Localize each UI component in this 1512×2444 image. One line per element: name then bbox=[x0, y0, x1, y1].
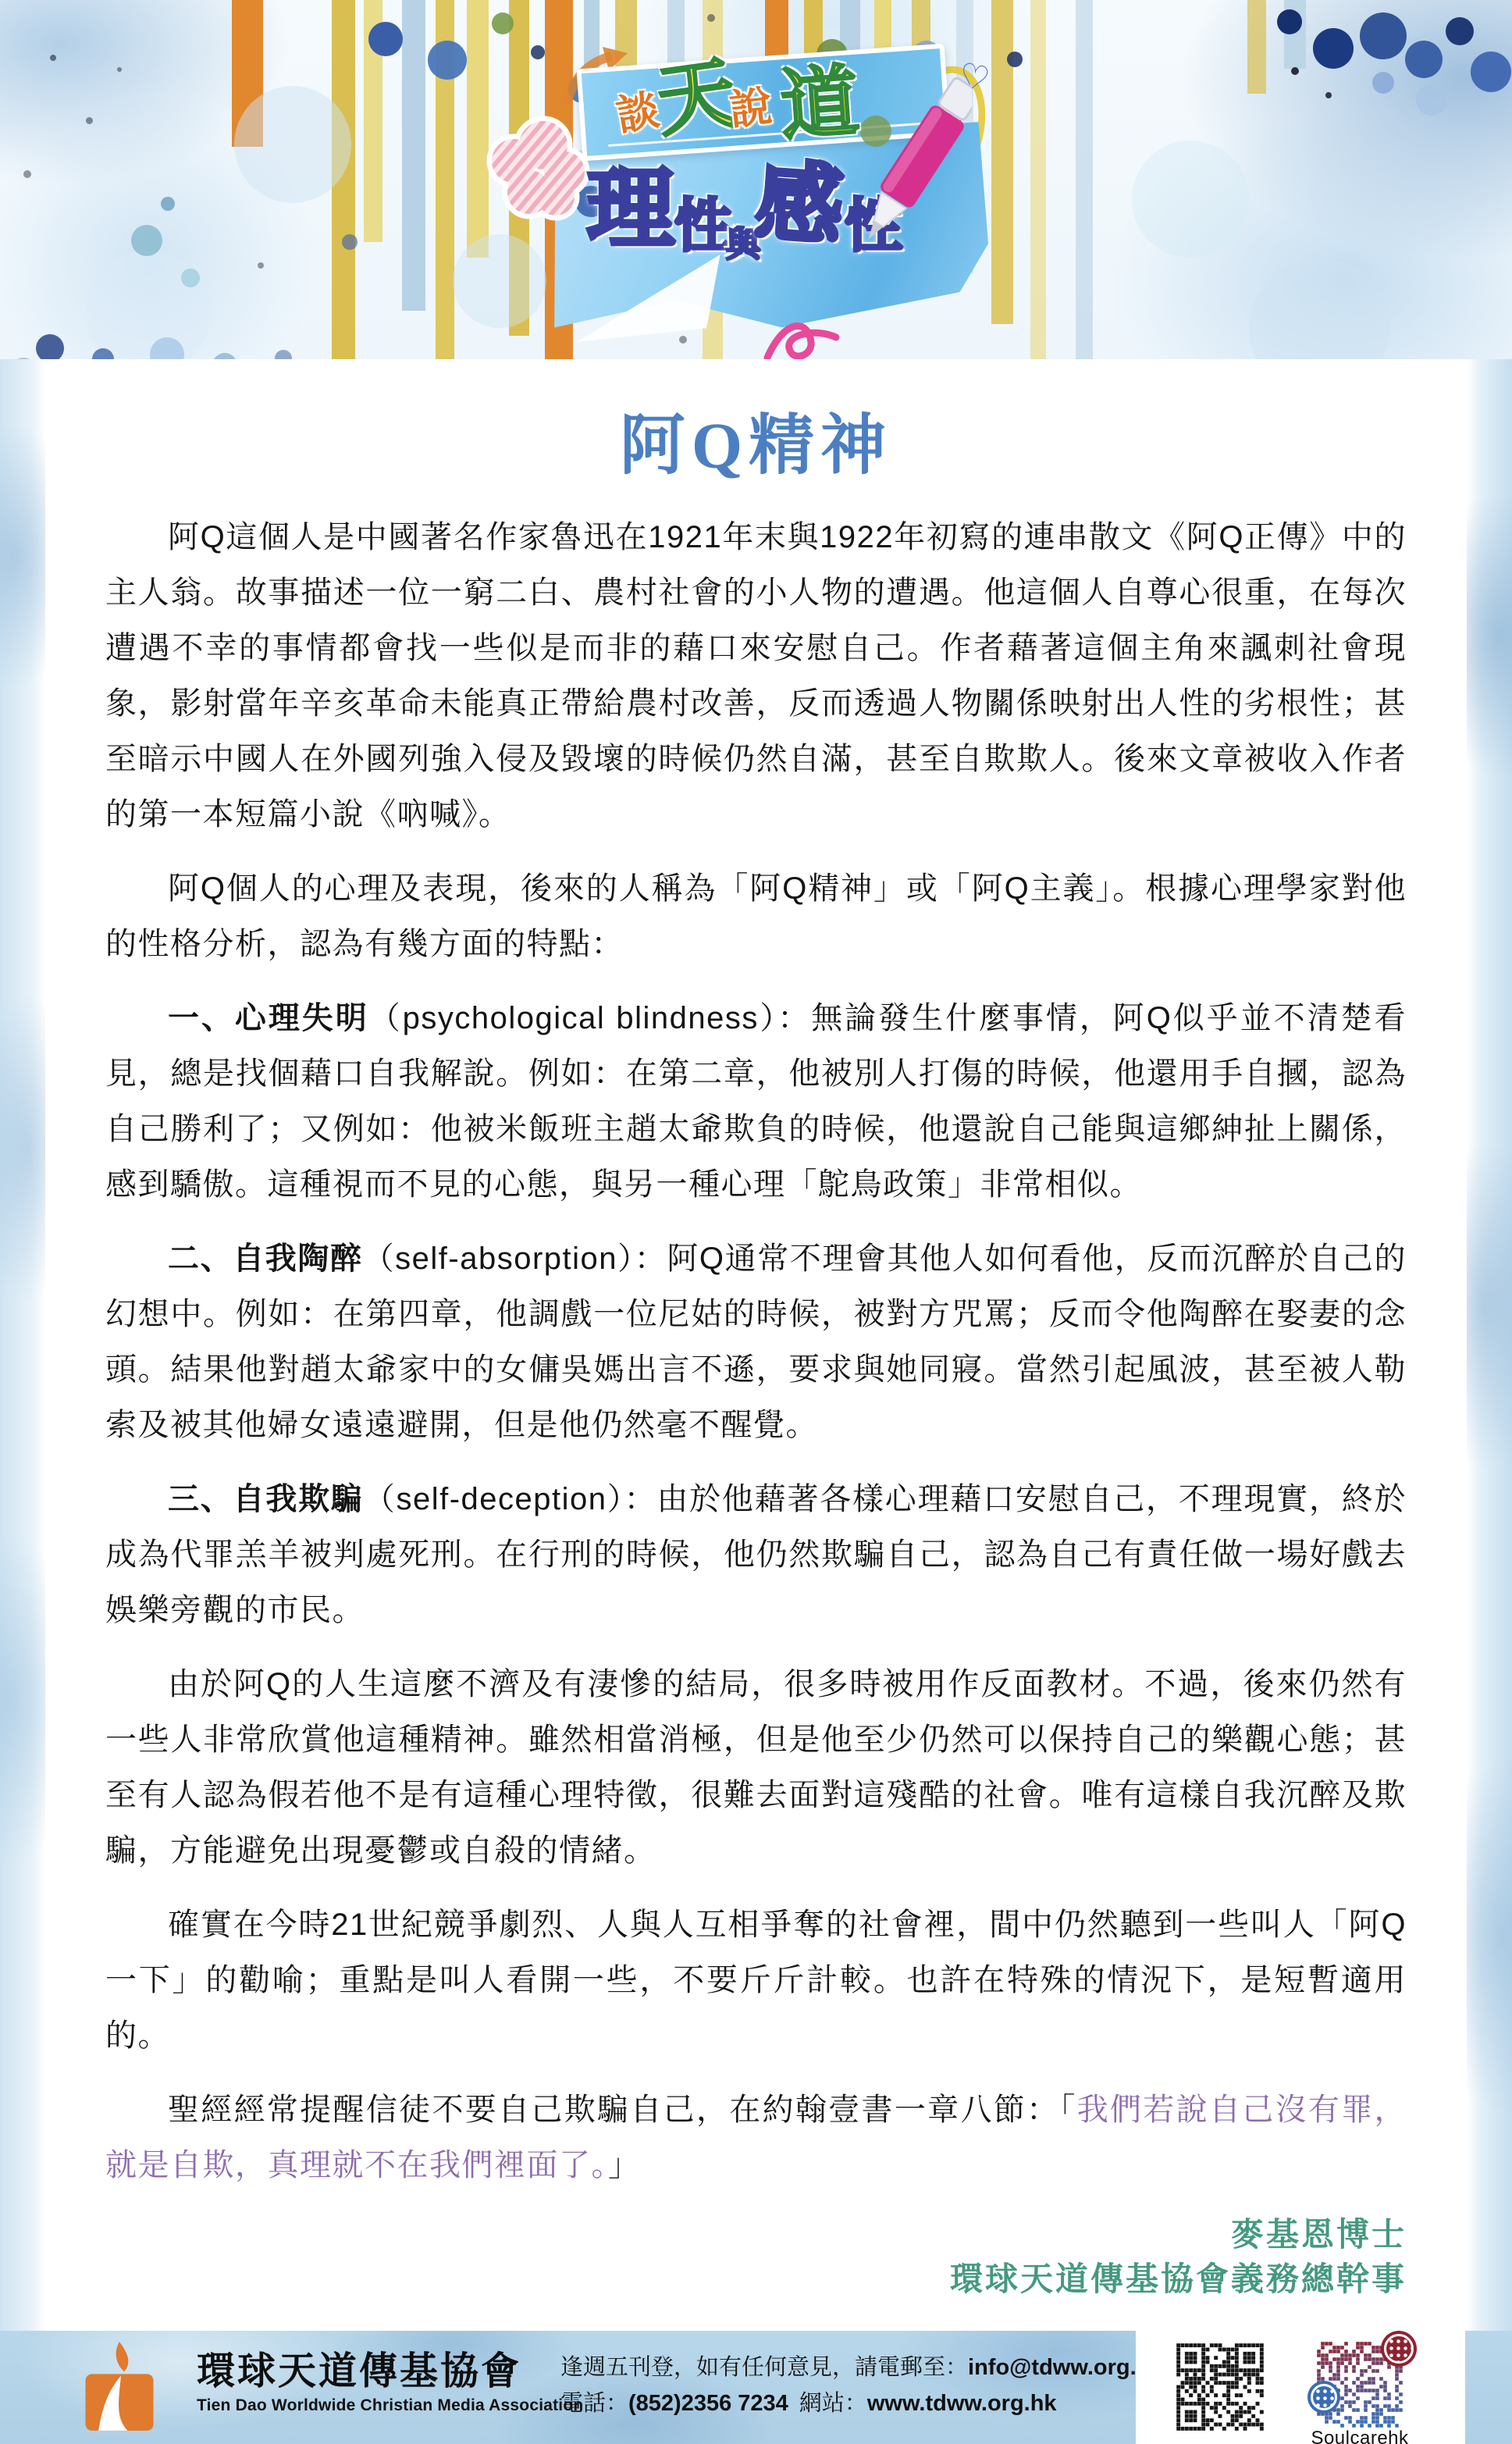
paragraph-segment: 一、心理失明 bbox=[168, 1001, 369, 1035]
subtitle-char: 感 bbox=[752, 158, 846, 251]
confetti-dot bbox=[679, 336, 687, 344]
confetti-dot bbox=[161, 197, 175, 211]
confetti-dot bbox=[275, 350, 292, 359]
subtitle-char: 理 bbox=[587, 166, 674, 253]
signature-role: 環球天道傳基協會義務總幹事 bbox=[105, 2257, 1407, 2301]
stripe-decoration bbox=[1030, 0, 1046, 359]
org-names: 環球天道傳基協會 Tien Dao Worldwide Christian Me… bbox=[197, 2348, 583, 2415]
header-artwork: 談 天 說 道 理 性 與 感 性 ♡ ♡ bbox=[0, 0, 1512, 359]
watercolor-blob bbox=[453, 234, 546, 328]
confetti-dot bbox=[181, 269, 200, 287]
confetti-dot bbox=[117, 67, 122, 72]
confetti-dot bbox=[131, 225, 162, 256]
stripe-decoration bbox=[991, 0, 1013, 324]
website-link[interactable]: www.tdww.org.hk bbox=[867, 2391, 1057, 2416]
paragraph-segment: 」 bbox=[608, 2148, 641, 2182]
masthead-char: 談 bbox=[614, 89, 663, 138]
confetti-dot bbox=[707, 14, 715, 22]
cloud-icon bbox=[484, 116, 593, 229]
confetti-dot bbox=[368, 22, 403, 56]
confetti-dot bbox=[1313, 28, 1354, 69]
email-link[interactable]: info@tdww.org.hk bbox=[968, 2355, 1163, 2380]
confetti-dot bbox=[1007, 52, 1023, 67]
org-name-chinese: 環球天道傳基協會 bbox=[197, 2348, 583, 2395]
org-name-english: Tien Dao Worldwide Christian Media Assoc… bbox=[197, 2396, 583, 2415]
confetti-dot bbox=[1405, 41, 1443, 78]
signature-block: 麥基恩博士 環球天道傳基協會義務總幹事 bbox=[105, 2212, 1407, 2301]
paragraph-segment: 二、自我陶醉 bbox=[168, 1242, 363, 1276]
confetti-dot bbox=[1471, 52, 1511, 92]
confetti-dot bbox=[1325, 92, 1332, 98]
confetti-dot bbox=[36, 334, 64, 359]
footer: 環球天道傳基協會 Tien Dao Worldwide Christian Me… bbox=[0, 2331, 1512, 2444]
watercolor-edge-right bbox=[1467, 359, 1512, 2331]
page: 談 天 說 道 理 性 與 感 性 ♡ ♡ 阿Q精 bbox=[0, 0, 1512, 2444]
web-label: 網站： bbox=[799, 2391, 867, 2416]
subtitle-char: 性 bbox=[674, 197, 732, 255]
paragraph: 由於阿Q的人生這麼不濟及有淒慘的結局，很多時被用作反面教材。不過，後來仍然有一些… bbox=[105, 1657, 1407, 1879]
contact-line-2: 電話：(852)2356 7234網站：www.tdww.org.hk bbox=[560, 2385, 1163, 2421]
paragraph-segment: 阿Q這個人是中國著名作家魯迅在1921年末與1922年初寫的連串散文《阿Q正傳》… bbox=[105, 520, 1407, 832]
stripe-decoration bbox=[1076, 0, 1093, 359]
watercolor-blob bbox=[86, 250, 211, 359]
tel-number: (852)2356 7234 bbox=[628, 2391, 788, 2416]
confetti-dot bbox=[212, 353, 237, 359]
article-body: 阿Q這個人是中國著名作家魯迅在1921年末與1922年初寫的連串散文《阿Q正傳》… bbox=[105, 510, 1407, 2193]
masthead-char: 天 bbox=[653, 55, 741, 143]
qr-caption: Soulcarehk bbox=[1309, 2428, 1411, 2444]
signature-name: 麥基恩博士 bbox=[105, 2212, 1407, 2257]
confetti-dot bbox=[258, 262, 264, 269]
watercolor-blob bbox=[1249, 258, 1389, 359]
paragraph-segment: 聖經經常提醒信徒不要自己欺騙自己，在約翰壹書一章八節：「 bbox=[168, 2093, 1077, 2127]
confetti-dot bbox=[50, 55, 56, 61]
contact-info: 逢週五刊登，如有任何意見，請電郵至：info@tdww.org.hk 電話：(8… bbox=[560, 2350, 1163, 2421]
qr-badge-icon bbox=[1311, 2384, 1337, 2410]
article-title: 阿Q精神 bbox=[105, 408, 1407, 486]
qr-badge-icon bbox=[1384, 2334, 1414, 2364]
masthead-char: 說 bbox=[728, 85, 774, 131]
stripe-decoration bbox=[1247, 0, 1266, 94]
confetti-dot bbox=[1416, 84, 1447, 116]
pink-squiggle bbox=[761, 311, 863, 359]
qr-soulcare-group: Soulcarehk bbox=[1309, 2332, 1411, 2444]
paragraph-segment: 三、自我欺騙 bbox=[168, 1482, 364, 1516]
qr-panel: Soulcarehk bbox=[1136, 2331, 1465, 2444]
masthead-char: 道 bbox=[778, 63, 862, 147]
paragraph: 阿Q個人的心理及表現，後來的人稱為「阿Q精神」或「阿Q主義」。根據心理學家對他的… bbox=[105, 861, 1407, 972]
tel-label: 電話： bbox=[560, 2391, 628, 2416]
article: 阿Q精神 阿Q這個人是中國著名作家魯迅在1921年末與1922年初寫的連串散文《… bbox=[0, 359, 1512, 2331]
publish-note: 逢週五刊登，如有任何意見，請電郵至： bbox=[560, 2355, 968, 2380]
paragraph-segment: 阿Q個人的心理及表現，後來的人稱為「阿Q精神」或「阿Q主義」。根據心理學家對他的… bbox=[105, 871, 1407, 961]
marker-pen-icon bbox=[855, 69, 972, 272]
confetti-dot bbox=[492, 12, 514, 34]
paragraph: 一、心理失明（psychological blindness）：無論發生什麼事情… bbox=[105, 991, 1407, 1213]
paragraph: 聖經經常提醒信徒不要自己欺騙自己，在約翰壹書一章八節：「我們若說自己沒有罪，就是… bbox=[105, 2082, 1407, 2193]
watercolor-blob bbox=[234, 86, 351, 203]
watercolor-edge-left bbox=[0, 359, 45, 2331]
confetti-dot bbox=[1360, 12, 1407, 59]
candle-logo-icon bbox=[69, 2342, 170, 2432]
confetti-dot bbox=[23, 170, 31, 178]
paragraph: 三、自我欺騙（self-deception）：由於他藉著各樣心理藉口安慰自己，不… bbox=[105, 1472, 1407, 1638]
paragraph-segment: 確實在今時21世紀競爭劇烈、人與人互相爭奪的社會裡，間中仍然聽到一些叫人「阿Q一… bbox=[105, 1908, 1407, 2053]
paragraph: 二、自我陶醉（self-absorption）：阿Q通常不理會其他人如何看他，反… bbox=[105, 1231, 1407, 1453]
stripe-decoration bbox=[402, 0, 425, 311]
confetti-dot bbox=[86, 117, 93, 124]
confetti-dot bbox=[428, 41, 467, 80]
confetti-dot bbox=[342, 234, 358, 250]
watercolor-blob bbox=[1132, 141, 1249, 258]
confetti-dot bbox=[1446, 17, 1474, 45]
contact-line-1: 逢週五刊登，如有任何意見，請電郵至：info@tdww.org.hk bbox=[560, 2350, 1163, 2385]
paragraph: 確實在今時21世紀競爭劇烈、人與人互相爭奪的社會裡，間中仍然聽到一些叫人「阿Q一… bbox=[105, 1897, 1407, 2064]
confetti-dot bbox=[1291, 67, 1299, 75]
confetti-dot bbox=[531, 45, 545, 59]
paragraph-segment: 由於阿Q的人生這麼不濟及有淒慘的結局，很多時被用作反面教材。不過，後來仍然有一些… bbox=[105, 1667, 1407, 1868]
paragraph: 阿Q這個人是中國著名作家魯迅在1921年末與1922年初寫的連串散文《阿Q正傳》… bbox=[105, 510, 1407, 843]
qr-code-black bbox=[1176, 2343, 1264, 2431]
confetti-dot bbox=[1372, 72, 1394, 94]
confetti-dot bbox=[1277, 9, 1302, 34]
